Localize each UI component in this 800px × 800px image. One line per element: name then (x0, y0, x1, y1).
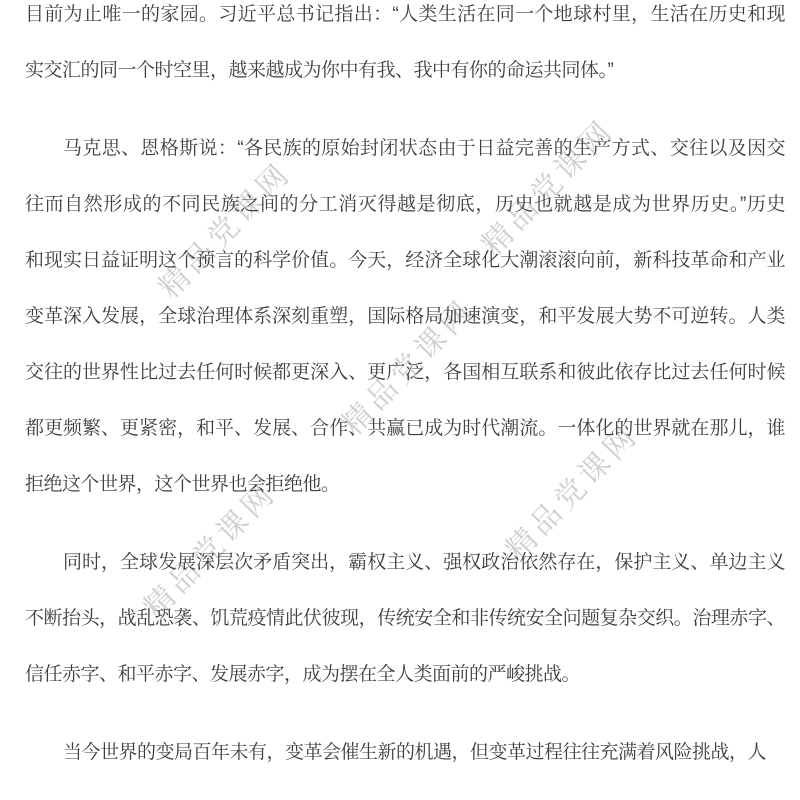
text-line: 当今世界的变局百年未有，变革会催生新的机遇，但变革过程往往充满着风险挑战，人 (25, 725, 785, 781)
text-line: 实交汇的同一个时空里，越来越成为你中有我、我中有你的命运共同体。” (25, 43, 785, 99)
text-line: 都更频繁、更紧密，和平、发展、合作、共赢已成为时代潮流。一体化的世界就在那儿，谁 (25, 401, 785, 457)
text-line: 交往的世界性比过去任何时候都更深入、更广泛，各国相互联系和彼此依存比过去任何时候 (25, 345, 785, 401)
paragraph: 目前为止唯一的家园。习近平总书记指出：“人类生活在同一个地球村里，生活在历史和现… (25, 0, 785, 99)
text-line: 马克思、恩格斯说：“各民族的原始封闭状态由于日益完善的生产方式、交往以及因交 (25, 121, 785, 177)
text-line: 同时，全球发展深层次矛盾突出，霸权主义、强权政治依然存在，保护主义、单边主义 (25, 535, 785, 591)
paragraph: 当今世界的变局百年未有，变革会催生新的机遇，但变革过程往往充满着风险挑战，人 (25, 725, 785, 781)
document-content: 目前为止唯一的家园。习近平总书记指出：“人类生活在同一个地球村里，生活在历史和现… (25, 0, 785, 781)
text-line: 目前为止唯一的家园。习近平总书记指出：“人类生活在同一个地球村里，生活在历史和现 (25, 0, 785, 43)
text-line: 往而自然形成的不同民族之间的分工消灭得越是彻底，历史也就越是成为世界历史。”历史 (25, 177, 785, 233)
document-page: 精品党课网精品党课网精品党课网精品党课网精品党课网 目前为止唯一的家园。习近平总… (0, 0, 800, 800)
paragraph: 同时，全球发展深层次矛盾突出，霸权主义、强权政治依然存在，保护主义、单边主义不断… (25, 535, 785, 703)
text-line: 和现实日益证明这个预言的科学价值。今天，经济全球化大潮滚滚向前，新科技革命和产业 (25, 233, 785, 289)
text-line: 不断抬头，战乱恐袭、饥荒疫情此伏彼现，传统安全和非传统安全问题复杂交织。治理赤字… (25, 591, 785, 647)
text-line: 拒绝这个世界，这个世界也会拒绝他。 (25, 457, 785, 513)
paragraph: 马克思、恩格斯说：“各民族的原始封闭状态由于日益完善的生产方式、交往以及因交往而… (25, 121, 785, 513)
text-line: 信任赤字、和平赤字、发展赤字，成为摆在全人类面前的严峻挑战。 (25, 647, 785, 703)
text-line: 变革深入发展，全球治理体系深刻重塑，国际格局加速演变，和平发展大势不可逆转。人类 (25, 289, 785, 345)
